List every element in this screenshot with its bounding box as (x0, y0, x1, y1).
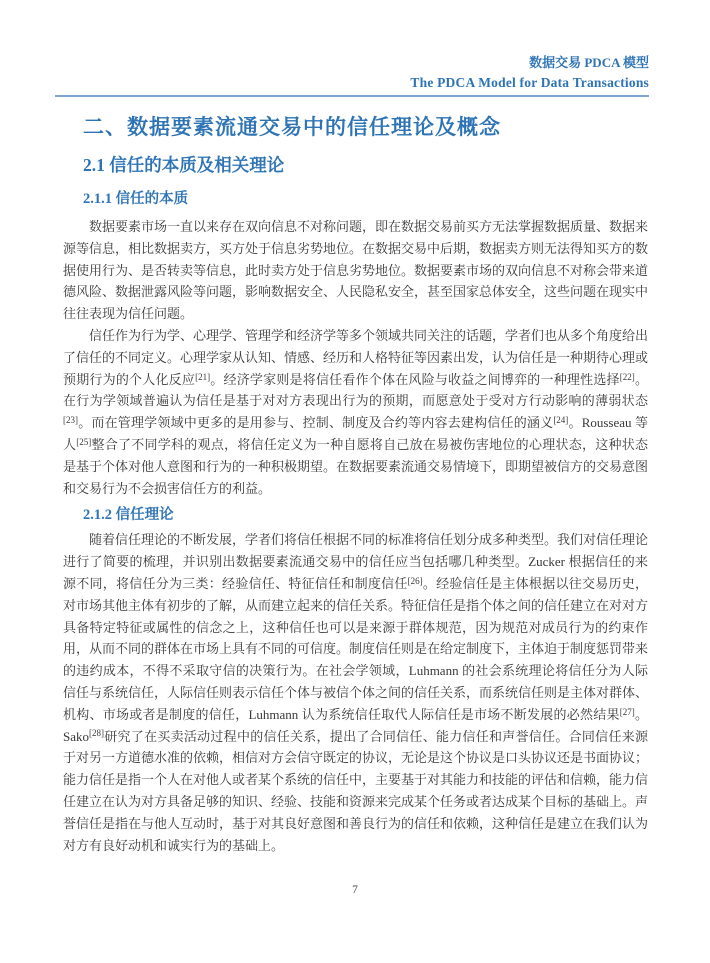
subsubsection-heading-trust-theory: 2.1.2 信任理论 (63, 505, 648, 525)
subsubsection-heading-trust-nature: 2.1.1 信任的本质 (63, 189, 648, 209)
paragraph-information-asymmetry: 数据要素市场一直以来存在双向信息不对称问题，即在数据交易前买方无法掌握数据质量、… (63, 216, 648, 325)
page-footer: 7 (0, 884, 710, 896)
page-number: 7 (352, 884, 358, 896)
citation-marker: [23] (63, 415, 78, 425)
citation-marker: [27] (620, 707, 635, 717)
page-header: 数据交易 PDCA 模型 The PDCA Model for Data Tra… (55, 0, 649, 97)
citation-marker: [24] (553, 415, 568, 425)
document-body: 二、数据要素流通交易中的信任理论及概念 2.1 信任的本质及相关理论 2.1.1… (63, 100, 648, 856)
paragraph-trust-definitions: 信任作为行为学、心理学、管理学和经济学等多个领域共同关注的话题，学者们也从多个角… (63, 325, 648, 499)
document-page: 数据交易 PDCA 模型 The PDCA Model for Data Tra… (0, 0, 710, 963)
citation-marker: [28] (89, 728, 104, 738)
header-title-zh: 数据交易 PDCA 模型 (55, 55, 649, 71)
header-title-en: The PDCA Model for Data Transactions (55, 75, 649, 91)
section-heading: 二、数据要素流通交易中的信任理论及概念 (63, 113, 648, 141)
citation-marker: [25] (76, 437, 91, 447)
citation-marker: [22] (620, 372, 635, 382)
citation-marker: [21] (195, 372, 210, 382)
header-rule (55, 95, 649, 97)
citation-marker: [26] (408, 576, 423, 586)
subsection-heading: 2.1 信任的本质及相关理论 (63, 154, 648, 177)
paragraph-trust-types: 随着信任理论的不断发展，学者们将信任根据不同的标准将信任划分成多种类型。我们对信… (63, 529, 648, 856)
